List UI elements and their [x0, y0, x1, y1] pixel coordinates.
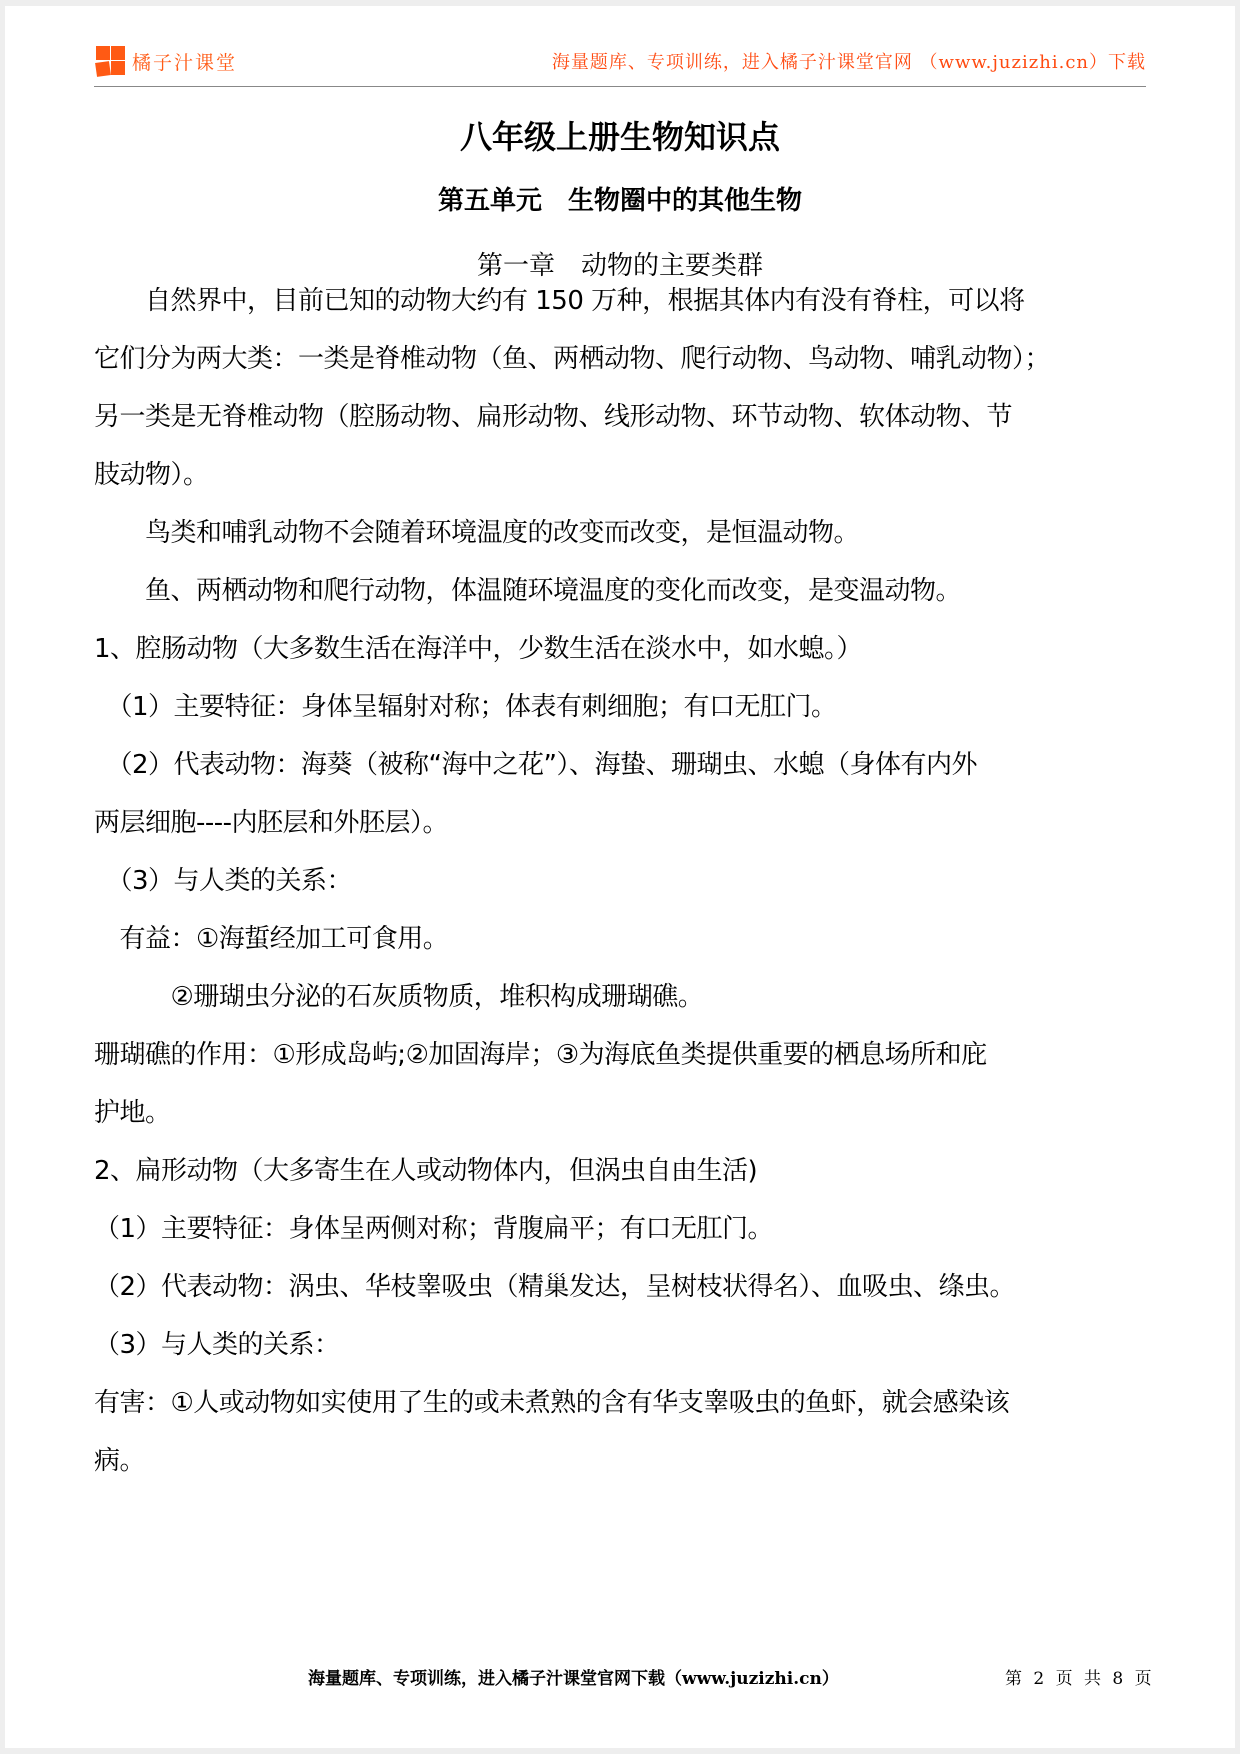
text-line: 鸟类和哺乳动物不会随着环境温度的改变而改变，是恒温动物。: [94, 512, 859, 549]
text-line: 鱼、两栖动物和爬行动物，体温随环境温度的变化而改变，是变温动物。: [94, 570, 961, 607]
footer-slogan: 海量题库、专项训练，进入橘子汁课堂官网下载（www.juzizhi.cn）: [308, 1664, 839, 1689]
text-line: 病。: [94, 1440, 145, 1477]
text-line: （3）与人类的关系：: [94, 860, 352, 897]
page-header: 橘子汁课堂 海量题库、专项训练，进入橘子汁课堂官网 （www.juzizhi.c…: [94, 42, 1146, 87]
header-slogan: 海量题库、专项训练，进入橘子汁课堂官网 （www.juzizhi.cn）下载: [552, 48, 1146, 74]
text-line: 它们分为两大类：一类是脊椎动物（鱼、两栖动物、爬行动物、鸟动物、哺乳动物）；: [94, 338, 1050, 375]
page-number: 第 2 页 共 8 页: [1005, 1664, 1155, 1689]
text-line: （1）主要特征：身体呈辐射对称；体表有刺细胞；有口无肛门。: [94, 686, 837, 723]
text-line: 自然界中，目前已知的动物大约有 150 万种，根据其体内有没有脊柱，可以将: [94, 280, 1025, 317]
chapter-heading: 第一章 动物的主要类群: [0, 245, 1240, 282]
section-heading: 2、扁形动物（大多寄生在人或动物体内，但涡虫自由生活): [94, 1150, 757, 1187]
text-line: （2）代表动物：涡虫、华枝睾吸虫（精巢发达，呈树枝状得名）、血吸虫、绦虫。: [94, 1266, 1015, 1303]
text-line: （3）与人类的关系：: [94, 1324, 340, 1361]
unit-heading: 第五单元 生物圈中的其他生物: [0, 180, 1240, 217]
text-line: 肢动物）。: [94, 454, 209, 491]
text-line: 另一类是无脊椎动物（腔肠动物、扁形动物、线形动物、环节动物、软体动物、节: [94, 396, 1012, 433]
logo-text: 橘子汁课堂: [132, 48, 237, 75]
text-line: ②珊瑚虫分泌的石灰质物质，堆积构成珊瑚礁。: [94, 976, 703, 1013]
text-line: 珊瑚礁的作用：①形成岛屿;②加固海岸；③为海底鱼类提供重要的栖息场所和庇: [94, 1034, 987, 1071]
logo-squares-icon: [96, 46, 126, 76]
document-title: 八年级上册生物知识点: [0, 112, 1240, 158]
text-line: （1）主要特征：身体呈两侧对称；背腹扁平；有口无肛门。: [94, 1208, 773, 1245]
brand-logo: 橘子汁课堂: [96, 46, 237, 76]
text-line: 有益：①海蜇经加工可食用。: [94, 918, 448, 955]
text-line: 两层细胞----内胚层和外胚层）。: [94, 802, 448, 839]
text-line: 护地。: [94, 1092, 171, 1129]
section-heading: 1、腔肠动物（大多数生活在海洋中，少数生活在淡水中，如水螅。）: [94, 628, 862, 665]
text-line: 有害：①人或动物如实使用了生的或未煮熟的含有华支睾吸虫的鱼虾，就会感染该: [94, 1382, 1009, 1419]
text-line: （2）代表动物：海葵（被称“海中之花”）、海蛰、珊瑚虫、水螅（身体有内外: [94, 744, 977, 781]
